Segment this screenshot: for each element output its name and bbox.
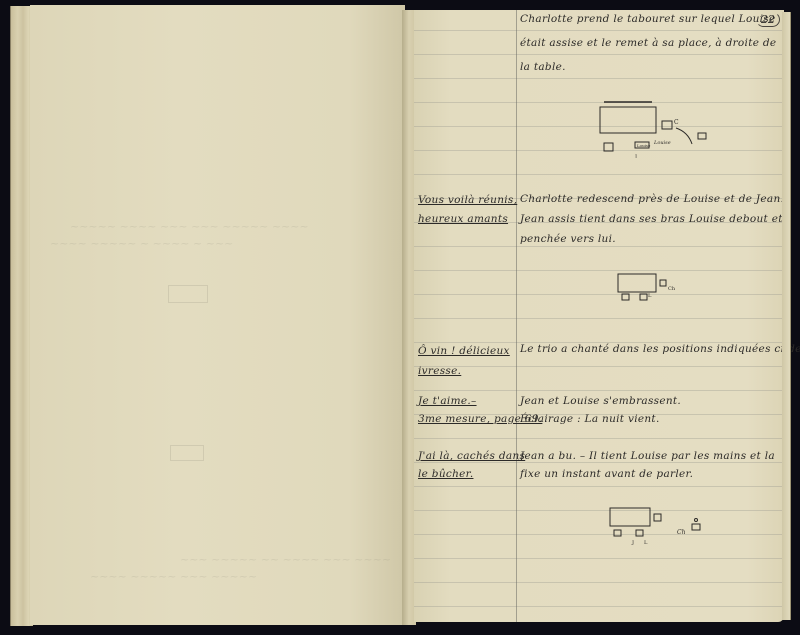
music-cue: heureux amants bbox=[418, 213, 508, 225]
direction-line: la table. bbox=[520, 61, 566, 73]
direction-line: Charlotte prend le tabouret sur lequel L… bbox=[520, 13, 776, 25]
stage-plan-diagram-1: Louise Louise C J bbox=[582, 98, 722, 158]
direction-line: fixe un instant avant de parler. bbox=[520, 468, 693, 480]
svg-text:J: J bbox=[634, 154, 637, 158]
stage-plan-diagram-2: Ch L bbox=[610, 268, 700, 308]
svg-text:J: J bbox=[631, 540, 634, 546]
direction-line: Jean assis tient dans ses bras Louise de… bbox=[520, 213, 783, 225]
svg-text:L: L bbox=[644, 540, 648, 546]
direction-line: Jean a bu. – Il tient Louise par les mai… bbox=[520, 450, 775, 462]
stage-plan-diagram-3: J L Ch bbox=[602, 504, 712, 554]
bleed-through-sketch bbox=[170, 445, 204, 461]
left-page: ~~~~~ ~~~~ ~~~ ~~~ ~~~~~ ~~~~ ~~~~ ~~~~~… bbox=[30, 5, 405, 625]
music-cue: Ô vin ! délicieux bbox=[418, 345, 510, 357]
bleed-through-text: ~~~~ ~~~~~ ~~~ ~~~~~ bbox=[90, 570, 257, 583]
svg-text:Ch: Ch bbox=[677, 529, 686, 536]
music-cue: Vous voilà réunis, bbox=[418, 194, 517, 206]
right-page: 22 Charlotte prend le tabouret sur leque… bbox=[414, 10, 784, 622]
bleed-through-text: ~~~~~ ~~~~ ~~~ ~~~ ~~~~~ ~~~~ bbox=[70, 220, 309, 233]
music-cue: J'ai là, cachés dans bbox=[418, 450, 525, 462]
bleed-through-sketch bbox=[168, 285, 208, 303]
direction-line: Charlotte redescend près de Louise et de… bbox=[520, 193, 784, 205]
right-page-edge bbox=[782, 12, 791, 620]
direction-line: penchée vers lui. bbox=[520, 233, 616, 245]
direction-line: Jean et Louise s'embrassent. bbox=[520, 395, 681, 407]
direction-line: était assise et le remet à sa place, à d… bbox=[520, 37, 776, 49]
svg-text:L: L bbox=[648, 293, 652, 299]
margin-line bbox=[516, 10, 517, 622]
svg-text:C: C bbox=[674, 119, 679, 126]
direction-line: Le trio a chanté dans les positions indi… bbox=[520, 343, 800, 355]
music-cue: ivresse. bbox=[418, 365, 461, 377]
direction-line: Éclairage : La nuit vient. bbox=[520, 413, 660, 425]
svg-text:Ch: Ch bbox=[668, 286, 676, 292]
svg-text:Louise: Louise bbox=[653, 140, 671, 146]
music-cue: Je t'aime.– bbox=[418, 395, 477, 407]
bleed-through-text: ~~~ ~~~~~ ~~ ~~~~ ~~~ ~~~~ bbox=[180, 553, 391, 566]
music-cue: le bûcher. bbox=[418, 468, 473, 480]
bleed-through-text: ~~~~ ~~~~~ ~ ~~~~ ~ ~~~ bbox=[50, 237, 233, 250]
svg-text:Louise: Louise bbox=[637, 143, 651, 148]
